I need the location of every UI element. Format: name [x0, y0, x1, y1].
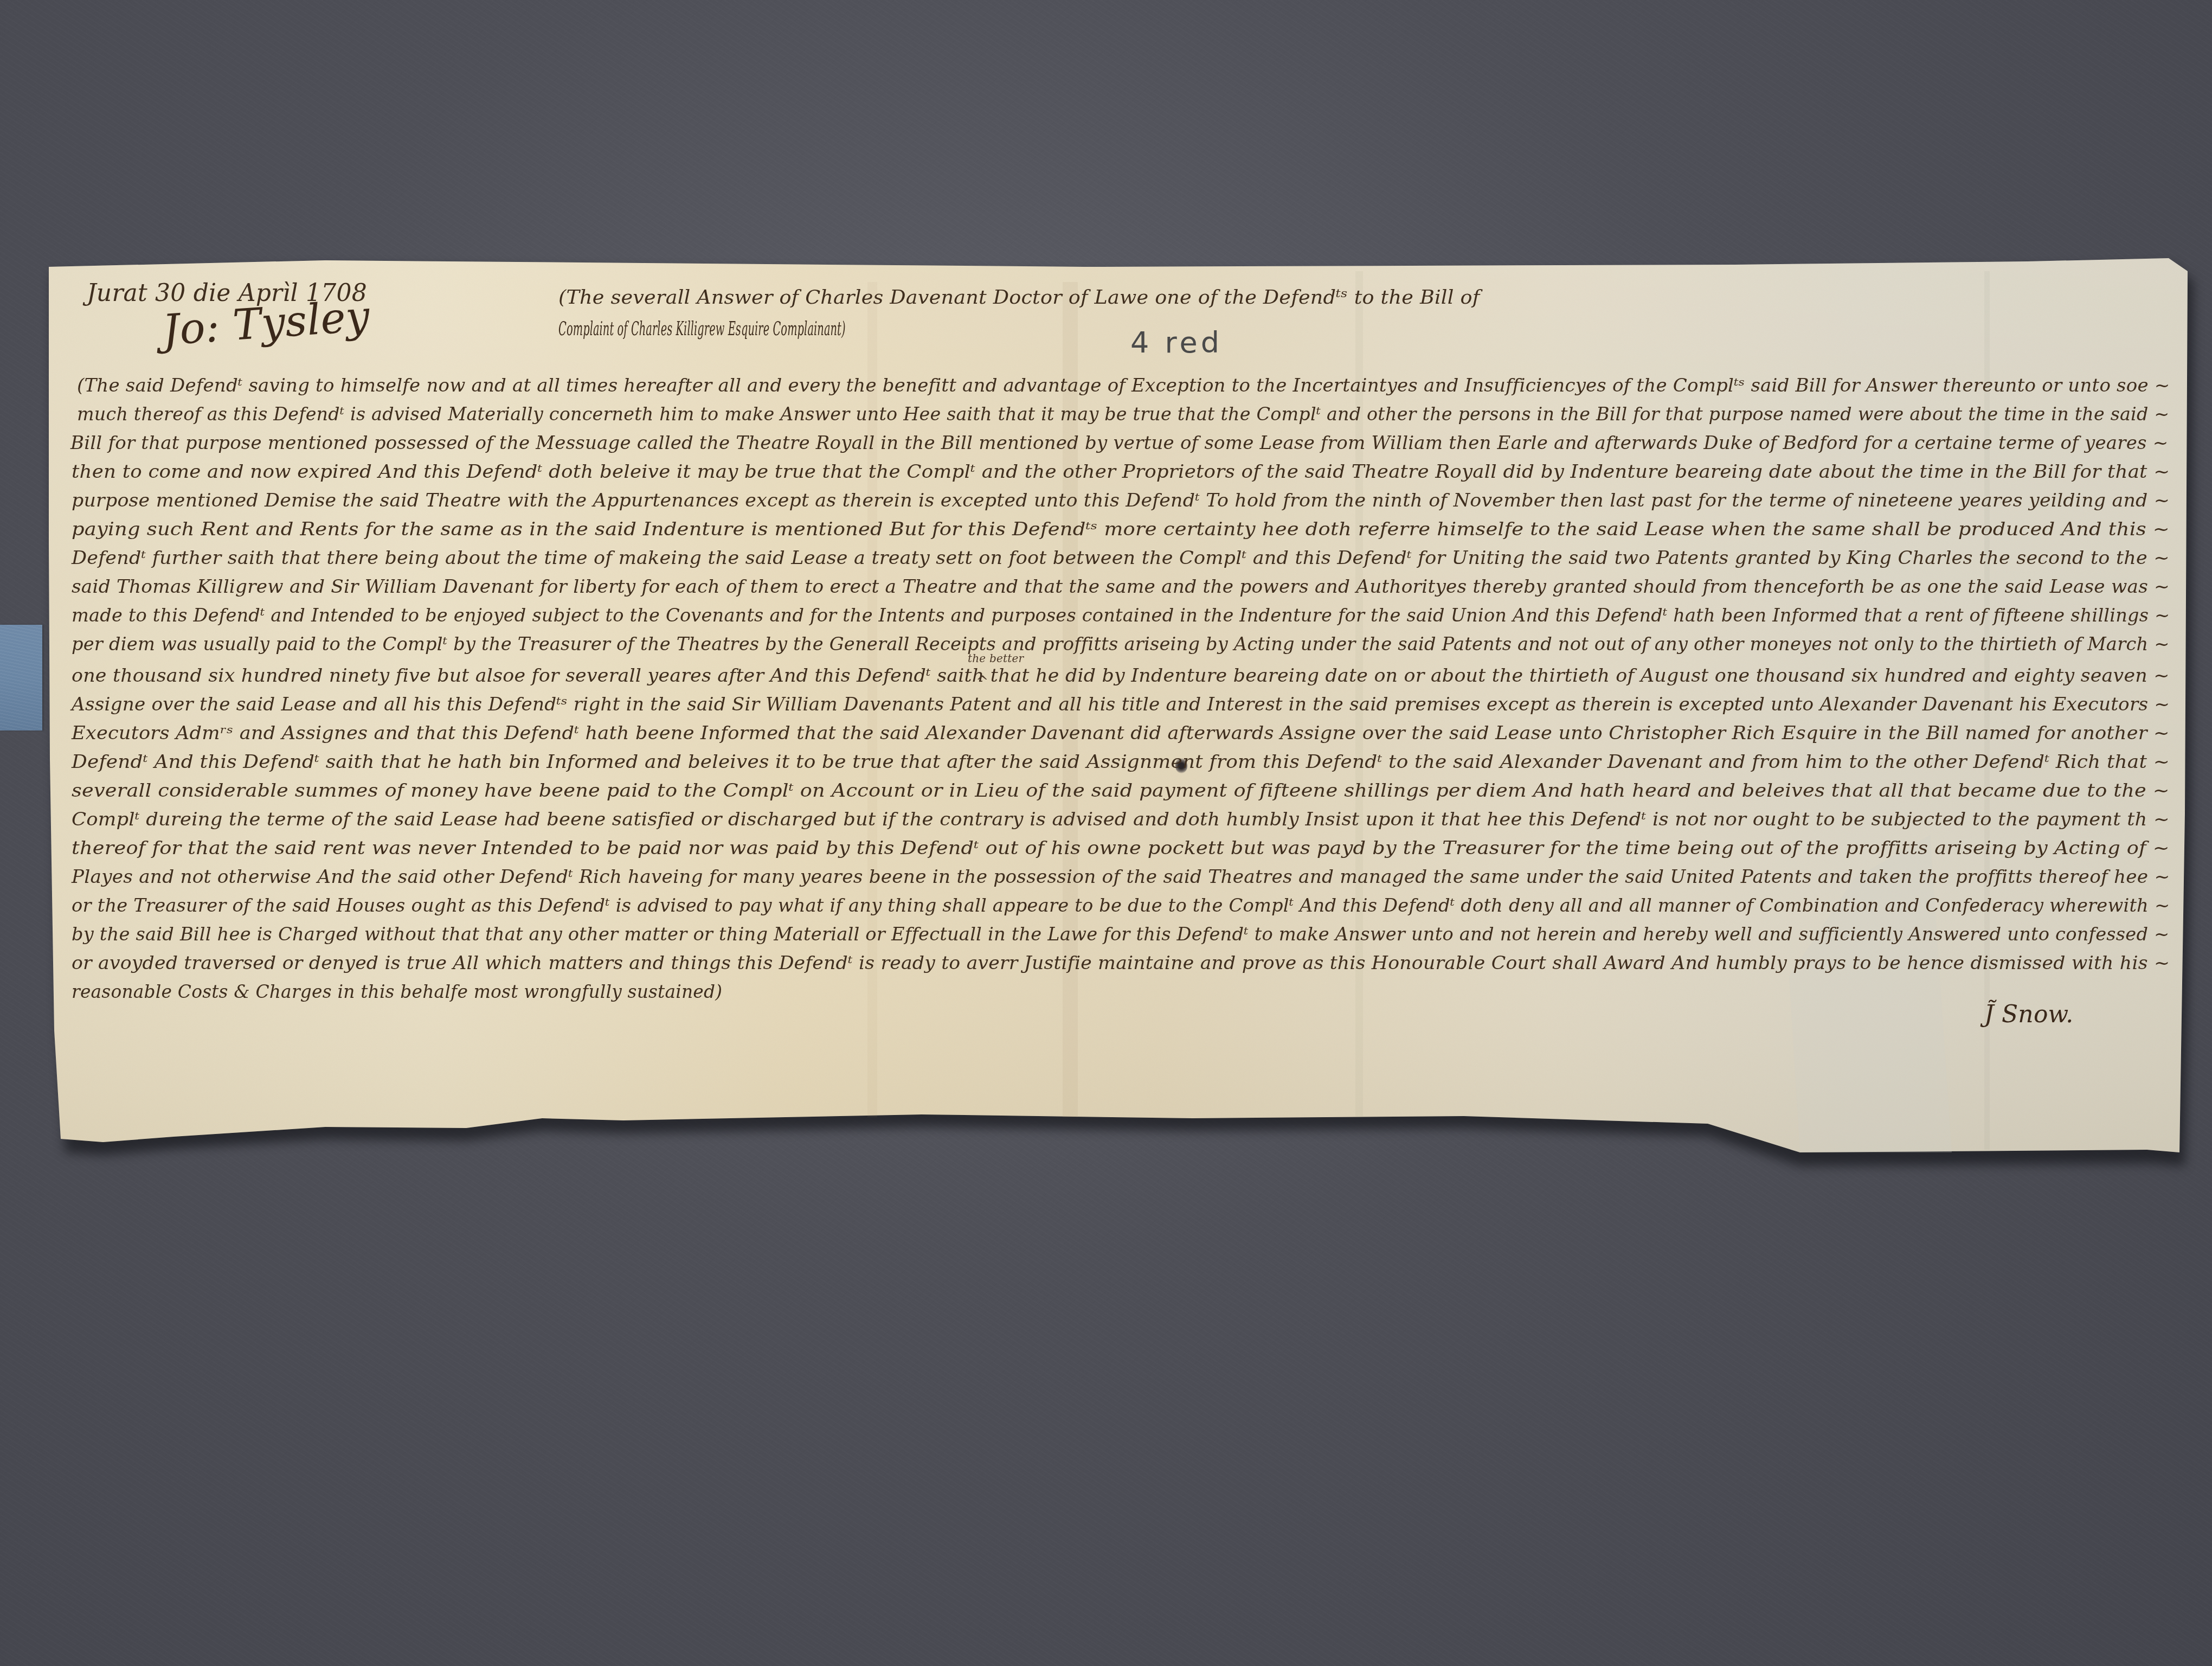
document-caption: (The severall Answer of Charles Davenant… [558, 282, 1466, 345]
body-line: then to come and now expired And this De… [72, 459, 2170, 485]
body-line: Defendᵗ And this Defendᵗ saith that he h… [72, 749, 2170, 775]
body-line: Executors Admʳˢ and Assignes and that th… [72, 720, 2170, 746]
interlinear-insertion: the better [968, 652, 1024, 665]
caption-line-1: (The severall Answer of Charles Davenant… [558, 282, 1480, 313]
body-line: Assigne over the said Lease and all his … [72, 691, 2170, 717]
body-line: said Thomas Killigrew and Sir William Da… [72, 574, 2170, 600]
body-line: (The said Defendᵗ saving to himselfe now… [77, 373, 2170, 399]
body-line: Playes and not otherwise And the said ot… [72, 864, 2170, 890]
caption-line-2: Complaint of Charles Killigrew Esquire C… [558, 313, 1046, 345]
body-line: thereof for that the said rent was never… [72, 835, 2170, 861]
body-line: Defendᵗ further saith that there being a… [72, 545, 2170, 571]
body-line: one thousand six hundred ninety five but… [72, 663, 2170, 689]
body-line: per diem was usually paid to the Complᵗ … [72, 631, 2170, 657]
body-line: made to this Defendᵗ and Intended to be … [72, 603, 2170, 629]
insertion-caret: ^ [976, 672, 989, 690]
closing-signature: J̃ Snow. [1984, 1001, 2073, 1028]
body-line: Complᵗ dureing the terme of the said Lea… [72, 806, 2170, 832]
body-line: much thereof as this Defendᵗ is advised … [77, 401, 2169, 427]
body-line: or avoyded traversed or denyed is true A… [72, 950, 2170, 976]
body-line: severall considerable summes of money ha… [72, 778, 2170, 804]
body-line: paying such Rent and Rents for the same … [72, 516, 2170, 542]
folio-mark: 4 red [1130, 325, 1223, 360]
body-line: purpose mentioned Demise the said Theatr… [72, 488, 2170, 514]
body-line: by the said Bill hee is Charged without … [72, 921, 2169, 947]
body-line: Bill for that purpose mentioned possesse… [70, 430, 2168, 456]
blue-paper-tab [0, 625, 42, 731]
body-line: reasonable Costs & Charges in this behal… [72, 979, 722, 1005]
parchment-sheet [0, 0, 2212, 1666]
body-line: or the Treasurer of the said Houses ough… [72, 893, 2170, 919]
